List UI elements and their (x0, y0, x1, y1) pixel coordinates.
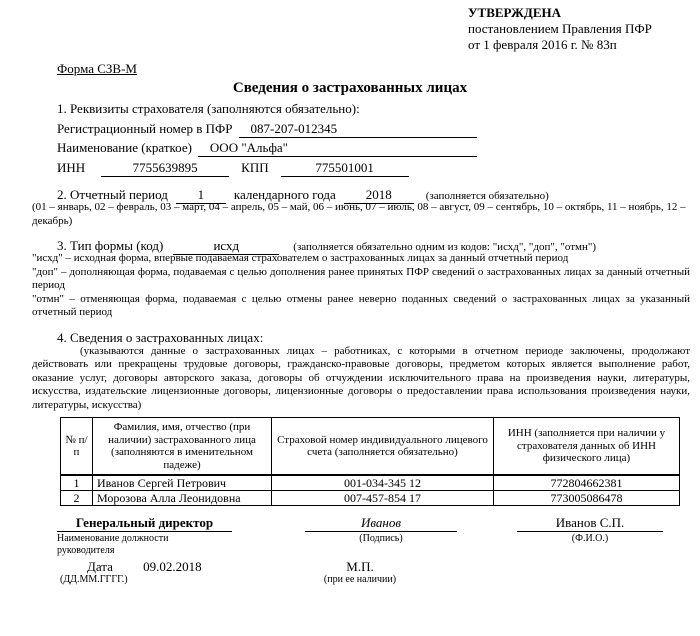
kpp-value: 775501001 (315, 159, 374, 176)
row-number-cell: 1 (61, 475, 93, 491)
stamp-label: М.П. (317, 559, 403, 575)
insurer-name-label: Наименование (краткое) (57, 139, 192, 157)
inn-cell[interactable]: 772804662381 (494, 475, 680, 491)
reg-number-field[interactable]: 087-207-012345 (239, 118, 478, 138)
signature-value: Иванов (361, 515, 401, 531)
position-caption: Наименование должности руководителя (57, 533, 217, 556)
form-type-desc-otmn: "отмн" – отменяющая форма, подаваемая с … (32, 293, 690, 320)
insurer-name-row: Наименование (краткое) ООО "Альфа" (57, 138, 477, 158)
form-type-desc-iskhd: "исхд" – исходная форма, впервые подавае… (32, 252, 690, 266)
reg-number-value: 087-207-012345 (251, 120, 338, 137)
header-full-name: Фамилия, имя, отчество (при наличии) зас… (93, 418, 272, 476)
form-name: Форма СЗВ-М (57, 61, 137, 77)
full-name-cell[interactable]: Иванов Сергей Петрович (93, 475, 272, 491)
section-1-heading: 1. Реквизиты страхователя (заполняются о… (57, 100, 477, 118)
inn-cell[interactable]: 773005086478 (494, 491, 680, 506)
table-header-row: № п/п Фамилия, имя, отчество (при наличи… (61, 418, 680, 476)
header-snils: Страховой номер индивидуального лицевого… (272, 418, 494, 476)
position-signature-field[interactable]: Генеральный директор (57, 513, 232, 532)
kpp-field[interactable]: 775501001 (281, 157, 409, 177)
inn-label: ИНН (57, 159, 85, 177)
kpp-label: КПП (241, 159, 268, 177)
table-row: 1 Иванов Сергей Петрович 001-034-345 12 … (61, 475, 680, 491)
fio-value: Иванов С.П. (556, 515, 625, 531)
table-row: 2 Морозова Алла Леонидовна 007-457-854 1… (61, 491, 680, 506)
inn-kpp-row: ИНН 7755639895 КПП 775501001 (57, 157, 477, 177)
section-2-months-note: (01 – январь, 02 – февраль, 03 – март, 0… (32, 201, 690, 228)
insured-persons-table: № п/п Фамилия, имя, отчество (при наличи… (60, 417, 680, 506)
reg-number-label: Регистрационный номер в ПФР (57, 120, 233, 138)
section-1-insurer-details: 1. Реквизиты страхователя (заполняются о… (57, 100, 477, 177)
section-3-descriptions: "исхд" – исходная форма, впервые подавае… (32, 252, 690, 320)
fio-caption: (Ф.И.О.) (517, 533, 663, 545)
signature-caption: (Подпись) (305, 533, 457, 545)
inn-field[interactable]: 7755639895 (101, 157, 229, 177)
row-number-cell: 2 (61, 491, 93, 506)
full-name-cell[interactable]: Морозова Алла Леонидовна (93, 491, 272, 506)
header-row-number: № п/п (61, 418, 93, 476)
date-label: Дата (87, 559, 113, 574)
page-title: Сведения о застрахованных лицах (0, 80, 700, 97)
section-4-note: (указываются данные о застрахованных лиц… (32, 345, 690, 412)
header-inn: ИНН (заполняется при наличии у страховат… (494, 418, 680, 476)
date-field[interactable]: 09.02.2018 (143, 559, 202, 574)
form-type-desc-dop: "доп" – дополняющая форма, подаваемая с … (32, 266, 690, 293)
approval-title: УТВЕРЖДЕНА (468, 5, 652, 21)
snils-cell[interactable]: 001-034-345 12 (272, 475, 494, 491)
date-format-caption: (ДД.ММ.ГГГГ.) (60, 574, 128, 585)
position-value: Генеральный директор (76, 515, 213, 531)
stamp-caption: (при ее наличии) (317, 574, 403, 585)
approval-block: УТВЕРЖДЕНА постановлением Правления ПФР … (468, 5, 652, 53)
insurer-name-field[interactable]: ООО "Альфа" (198, 138, 477, 158)
date-row: Дата 09.02.2018 (87, 559, 202, 575)
approval-date-number: от 1 февраля 2016 г. № 83п (468, 37, 652, 53)
insurer-name-value: ООО "Альфа" (210, 139, 288, 156)
szvm-form-document: УТВЕРЖДЕНА постановлением Правления ПФР … (0, 0, 700, 636)
approval-resolution: постановлением Правления ПФР (468, 21, 652, 37)
inn-value: 7755639895 (133, 159, 198, 176)
fio-field[interactable]: Иванов С.П. (517, 513, 663, 532)
snils-cell[interactable]: 007-457-854 17 (272, 491, 494, 506)
signature-field[interactable]: Иванов (305, 513, 457, 532)
reg-number-row: Регистрационный номер в ПФР 087-207-0123… (57, 118, 477, 138)
